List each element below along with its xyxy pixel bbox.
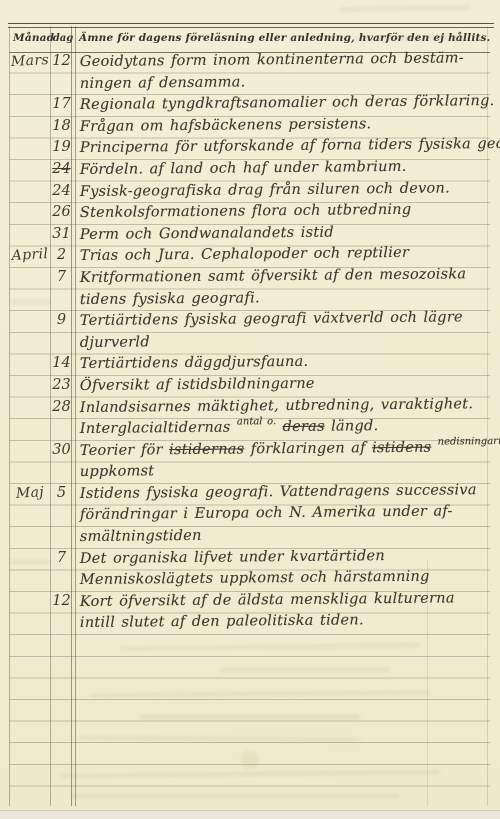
bleed-through-mark [70, 794, 400, 798]
segment: djurverld [80, 334, 150, 351]
subject-text: Geoidytans form inom kontinenterna och b… [80, 52, 494, 95]
subject-text: Inlandsisarnes mäktighet, utbredning, va… [80, 398, 494, 441]
segment: längd. [325, 418, 379, 435]
day-cell: 12 [50, 53, 73, 69]
segment: Frågan om hafsbäckenens persistens. [80, 116, 372, 135]
day-cell: 9 [50, 312, 73, 328]
segment: Teorier för [80, 442, 169, 459]
segment: smältningstiden [80, 528, 202, 545]
segment: intill slutet af den paleolitiska tiden. [80, 613, 364, 632]
segment-sup: antal o. [237, 416, 276, 427]
segment: Menniskoslägtets uppkomst och härstamnin… [80, 569, 430, 588]
segment: tidens fysiska geografi. [80, 290, 260, 308]
segment: Principerna för utforskande af forna tid… [80, 136, 500, 156]
table-row: 9Tertiärtidens fysiska geografi växtverl… [0, 311, 500, 354]
segment: Kort öfversikt af de äldsta menskliga ku… [80, 590, 455, 610]
day-cell: 17 [50, 96, 73, 112]
day-cell: 24 [50, 183, 73, 199]
page-bottom-edge [0, 810, 500, 819]
segment: Regionala tyngdkraftsanomalier och deras… [80, 93, 495, 113]
bleed-through-mark [340, 5, 470, 12]
segment: Stenkolsformationens flora och utbrednin… [80, 202, 412, 221]
day-cell: 14 [50, 355, 73, 371]
day-cell: 2 [50, 247, 73, 263]
subject-text: Det organiska lifvet under kvartärtidenM… [80, 549, 494, 592]
table-row: Maj5Istidens fysiska geografi. Vattendra… [0, 484, 500, 549]
table-row: Mars12Geoidytans form inom kontinenterna… [0, 52, 500, 95]
table-row: 12Kort öfversikt af de äldsta menskliga … [0, 592, 500, 635]
segment: Istidens fysiska geografi. Vattendragens… [80, 482, 477, 502]
day-cell: 12 [50, 593, 73, 609]
segment: Fysisk-geografiska drag från siluren och… [80, 180, 450, 200]
subject-text: Teorier för istidernas förklaringen af i… [80, 441, 494, 484]
subject-text: Istidens fysiska geografi. Vattendragens… [80, 484, 494, 549]
table-row: 30Teorier för istidernas förklaringen af… [0, 441, 500, 484]
day-cell: 7 [50, 550, 73, 566]
segment: Trias och Jura. Cephalopoder och reptili… [80, 245, 409, 264]
subject-text: Tertiärtidens fysiska geografi växtverld… [80, 311, 494, 354]
segment: Interglacialtidernas [80, 420, 237, 438]
month-cell: Maj [10, 484, 51, 502]
day-cell: 28 [50, 399, 73, 415]
segment: Kritformationen samt öfversikt af den me… [80, 266, 467, 286]
day-cell: 24 [50, 161, 73, 177]
segment-strike: deras [283, 419, 325, 435]
column-header-month: Månad [13, 32, 51, 44]
day-cell: 26 [50, 204, 73, 220]
table-row: 28Inlandsisarnes mäktighet, utbredning, … [0, 398, 500, 441]
segment: Tertiärtidens fysiska geografi växtverld… [80, 309, 463, 329]
segment: Tertiärtidens däggdjursfauna. [80, 354, 309, 372]
day-cell: 31 [50, 226, 73, 242]
segment: förändringar i Europa och N. Amerika und… [80, 504, 453, 524]
bleed-through-mark [220, 668, 390, 672]
segment: förklaringen af [244, 440, 372, 457]
segment-strike: istidens [372, 439, 431, 456]
subject-line: intill slutet af den paleolitiska tiden. [80, 609, 494, 635]
table-row: 7Det organiska lifvet under kvartärtiden… [0, 549, 500, 592]
segment: Geoidytans form inom kontinenterna och b… [80, 50, 464, 70]
day-cell: 7 [50, 269, 73, 285]
day-cell: 18 [50, 118, 73, 134]
segment: uppkomst [80, 464, 155, 481]
segment-sup: nedisningarnes [438, 436, 500, 448]
bleed-through-mark [10, 300, 50, 304]
table-row: 7Kritformationen samt öfversikt af den m… [0, 268, 500, 311]
bleed-through-mark [8, 560, 50, 564]
segment: Öfversikt af istidsbildningarne [80, 376, 315, 394]
day-cell: 19 [50, 139, 73, 155]
month-cell: April [10, 246, 51, 264]
segment: ningen af densamma. [80, 74, 246, 92]
segment: Fördeln. af land och haf under kambrium. [80, 159, 407, 178]
segment: Perm och Gondwanalandets istid [80, 224, 334, 242]
day-cell: 23 [50, 377, 73, 393]
subject-text: Kort öfversikt af de äldsta menskliga ku… [80, 592, 494, 635]
bleed-through-mark [140, 715, 360, 719]
ledger-page: Månad dag Ämne för dagens föreläsning el… [0, 0, 500, 819]
segment [431, 439, 438, 455]
day-cell: 5 [50, 485, 73, 501]
month-cell: Mars [10, 52, 51, 70]
day-cell: 30 [50, 442, 73, 458]
segment: Inlandsisarnes mäktighet, utbredning, va… [80, 396, 473, 416]
entries: Mars12Geoidytans form inom kontinenterna… [0, 52, 500, 635]
segment: Det organiska lifvet under kvartärtiden [80, 548, 385, 567]
segment-strike: istidernas [169, 441, 244, 458]
subject-text: Kritformationen samt öfversikt af den me… [80, 268, 494, 311]
